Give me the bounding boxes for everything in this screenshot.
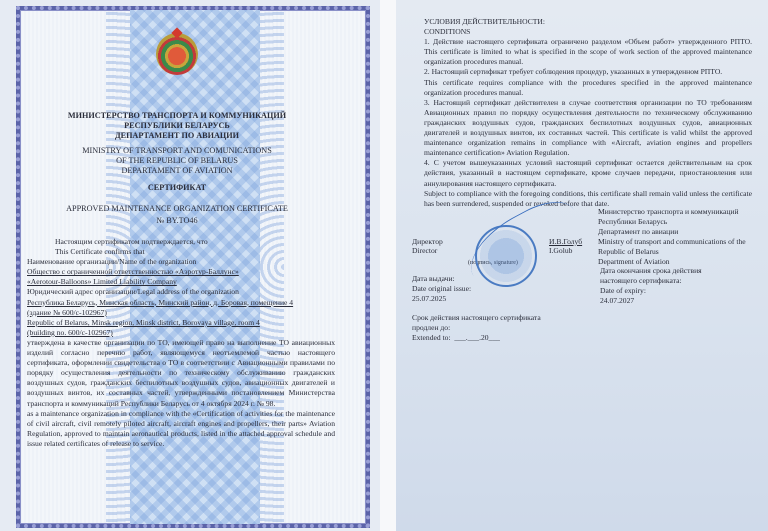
condition-2-en: This certificate requires compliance wit…: [424, 78, 752, 98]
certificate-front-page: МИНИСТЕРСТВО ТРАНСПОРТА И КОММУНИКАЦИЙ Р…: [0, 0, 380, 531]
condition-3: 3. Настоящий сертификат действителен в с…: [424, 98, 752, 159]
condition-1: 1. Действие настоящего сертификата огран…: [424, 37, 752, 67]
certificate-title-en: APPROVED MAINTENANCE ORGANIZATION CERTIF…: [0, 204, 354, 214]
address-ru-line-2: (здание № 600/с-102967): [27, 308, 335, 318]
extension-field: Extended to: ___.___.20___: [412, 333, 500, 343]
expiry-label-en: Date of expiry:: [600, 286, 646, 296]
address-label: Юридический адрес организации/Legal addr…: [27, 287, 335, 297]
approval-text-en: as a maintenance organization in complia…: [27, 409, 335, 449]
issuer-line: Ministry of transport and communications…: [598, 237, 768, 247]
expiry-date: 24.07.2027: [600, 296, 634, 306]
belarus-emblem-icon: [156, 33, 198, 75]
issuer-line: Republic of Belarus: [598, 247, 768, 257]
address-en-line-1: Republic of Belarus, Minsk region, Minsk…: [27, 318, 335, 328]
confirm-en: This Certificate confirms that: [27, 247, 335, 257]
ministry-ru-line-1: МИНИСТЕРСТВО ТРАНСПОРТА И КОММУНИКАЦИЙ: [0, 111, 354, 121]
issuer-block: Министерство транспорта и коммуникаций Р…: [598, 207, 768, 267]
org-name-en: «Aerotour-Balloons» Limited Liability Co…: [27, 277, 335, 287]
ministry-ru-line-3: ДЕПАРТАМЕНТ ПО АВИАЦИИ: [0, 131, 354, 141]
condition-2-ru: 2. Настоящий сертификат требует соблюден…: [424, 67, 752, 77]
certificate-number: № BY.TO46: [0, 216, 354, 226]
issue-date-label-ru: Дата выдачи:: [412, 274, 455, 284]
expiry-label-ru-2: настоящего сертификата:: [600, 276, 682, 286]
ministry-en-line-2: OF THE REPUBLIC OF BELARUS: [0, 156, 354, 166]
issue-date-label-en: Date original issue:: [412, 284, 471, 294]
issuer-line: Министерство транспорта и коммуникаций: [598, 207, 768, 217]
issuer-line: Республики Беларусь: [598, 217, 768, 227]
page-gap: [380, 0, 396, 531]
conditions-heading-en: CONDITIONS: [424, 27, 752, 37]
org-name-label: Наименование организации/Name of the org…: [27, 257, 335, 267]
conditions-heading-ru: УСЛОВИЯ ДЕЙСТВИТЕЛЬНОСТИ:: [424, 17, 752, 27]
issuer-line: Департамент по авиации: [598, 227, 768, 237]
address-ru-line-1: Республика Беларусь, Минская область, Ми…: [27, 298, 335, 308]
extension-label-ru-1: Срок действия настоящего сертификата: [412, 313, 541, 323]
condition-4-en: Subject to compliance with the foregoing…: [424, 189, 752, 209]
extension-label-ru-2: продлен до:: [412, 323, 450, 333]
expiry-label-ru-1: Дата окончания срока действия: [600, 266, 702, 276]
address-en-line-2: (building no. 600/c-102967): [27, 328, 335, 338]
certificate-body: Настоящим сертификатом подтверждается, ч…: [27, 237, 335, 449]
ministry-ru-line-2: РЕСПУБЛИКИ БЕЛАРУСЬ: [0, 121, 354, 131]
condition-4-ru: 4. С учетом вышеуказанных условий настоя…: [424, 158, 752, 188]
org-name-ru: Общество с ограниченной ответственностью…: [27, 267, 335, 277]
confirm-ru: Настоящим сертификатом подтверждается, ч…: [27, 237, 335, 247]
ministry-en-line-3: DEPARTAMENT OF AVIATION: [0, 166, 354, 176]
issue-date: 25.07.2025: [412, 294, 446, 304]
conditions-section: УСЛОВИЯ ДЕЙСТВИТЕЛЬНОСТИ: CONDITIONS 1. …: [424, 17, 752, 209]
approval-text-ru: утверждена в качестве организации по ТО,…: [27, 338, 335, 409]
ministry-en-line-1: MINISTRY OF TRANSPORT AND COMUNICATIONS: [0, 146, 354, 156]
certificate-title-ru: СЕРТИФИКАТ: [0, 183, 354, 193]
certificate-back-page: УСЛОВИЯ ДЕЙСТВИТЕЛЬНОСТИ: CONDITIONS 1. …: [396, 0, 768, 531]
director-title-en: Director: [412, 246, 437, 256]
